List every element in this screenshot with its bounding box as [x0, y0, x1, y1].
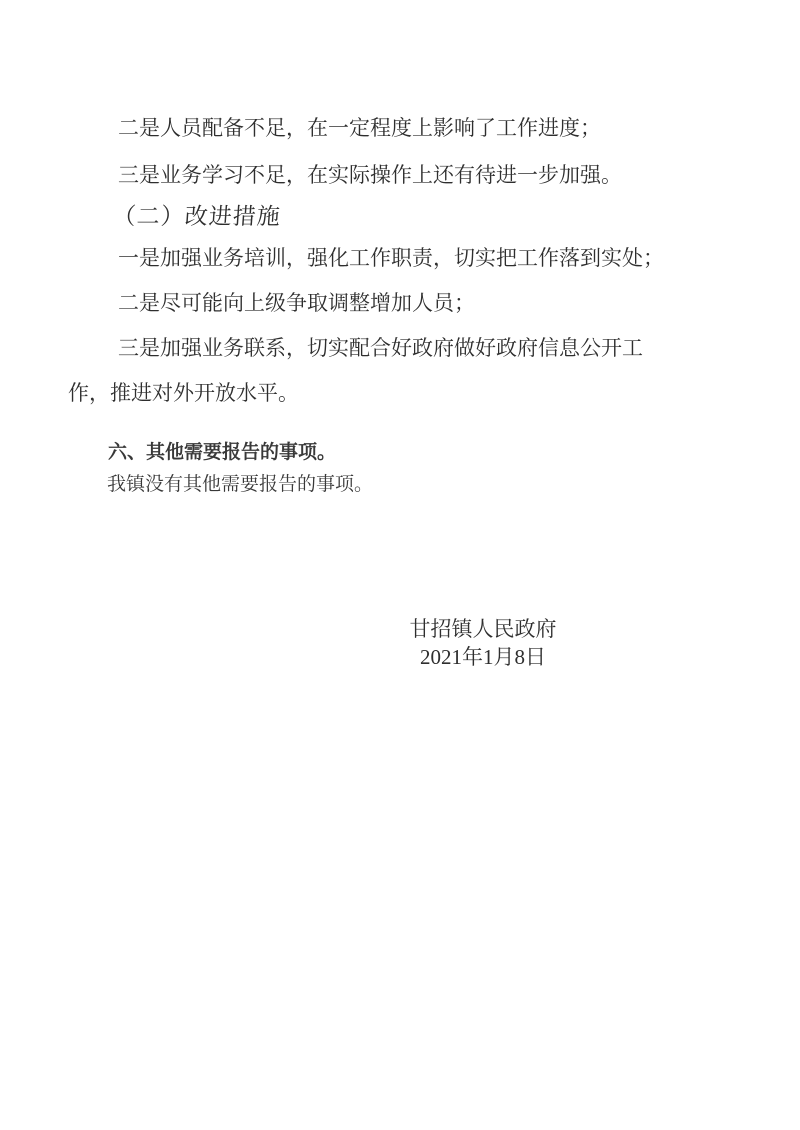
closing-note-no-other-items: 我镇没有其他需要报告的事项。 — [107, 475, 373, 494]
body-line-point2-staffing: 二是人员配备不足，在一定程度上影响了工作进度； — [118, 118, 601, 139]
signature-issuer: 甘招镇人民政府 — [373, 619, 593, 640]
signature-date: 2021年1月8日 — [373, 647, 593, 668]
body-line-measure3-part1: 三是加强业务联系，切实配合好政府做好政府信息公开工 — [118, 338, 643, 359]
body-line-point3-training: 三是业务学习不足，在实际操作上还有待进一步加强。 — [118, 165, 622, 186]
body-line-measure3-part2: 作，推进对外开放水平。 — [68, 383, 299, 404]
document-page: 二是人员配备不足，在一定程度上影响了工作进度； 三是业务学习不足，在实际操作上还… — [0, 0, 800, 1130]
body-line-measure2: 二是尽可能向上级争取调整增加人员； — [118, 293, 475, 314]
body-line-measure1: 一是加强业务培训，强化工作职责，切实把工作落到实处； — [118, 248, 664, 269]
closing-section-title-other-items: 六、其他需要报告的事项。 — [108, 443, 336, 462]
section-heading-improvement-measures: （二）改进措施 — [112, 205, 282, 228]
